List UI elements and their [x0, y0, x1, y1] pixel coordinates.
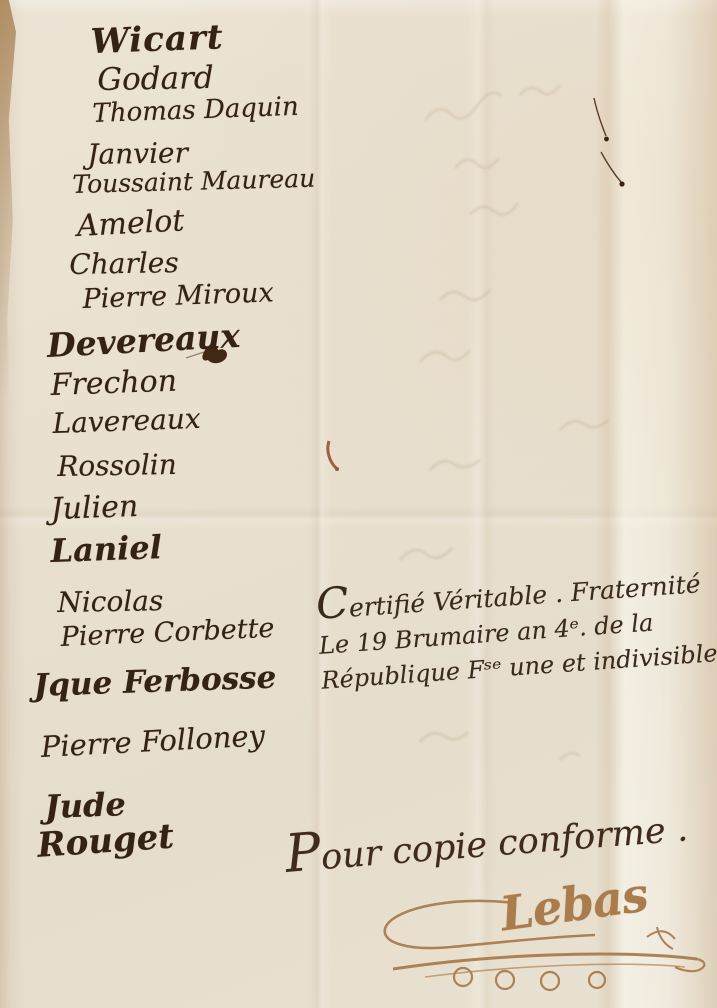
signature-name: Lavereaux	[52, 402, 201, 440]
manuscript-photo: { "signatures": [ "Wicart", "Godard", "T…	[0, 0, 717, 1008]
signature-name: Rossolin	[57, 448, 177, 483]
signature-name: Janvier	[87, 136, 188, 171]
signature-name: Godard	[97, 60, 214, 98]
signature-name: Wicart	[90, 17, 224, 62]
signature-name: Laniel	[50, 528, 162, 570]
signature-name: Nicolas	[57, 584, 164, 619]
signature-name: Frechon	[50, 364, 178, 403]
signature-name: Julien	[50, 489, 139, 527]
signature-name: Amelot	[76, 203, 185, 244]
signature-name: Charles	[69, 246, 179, 281]
